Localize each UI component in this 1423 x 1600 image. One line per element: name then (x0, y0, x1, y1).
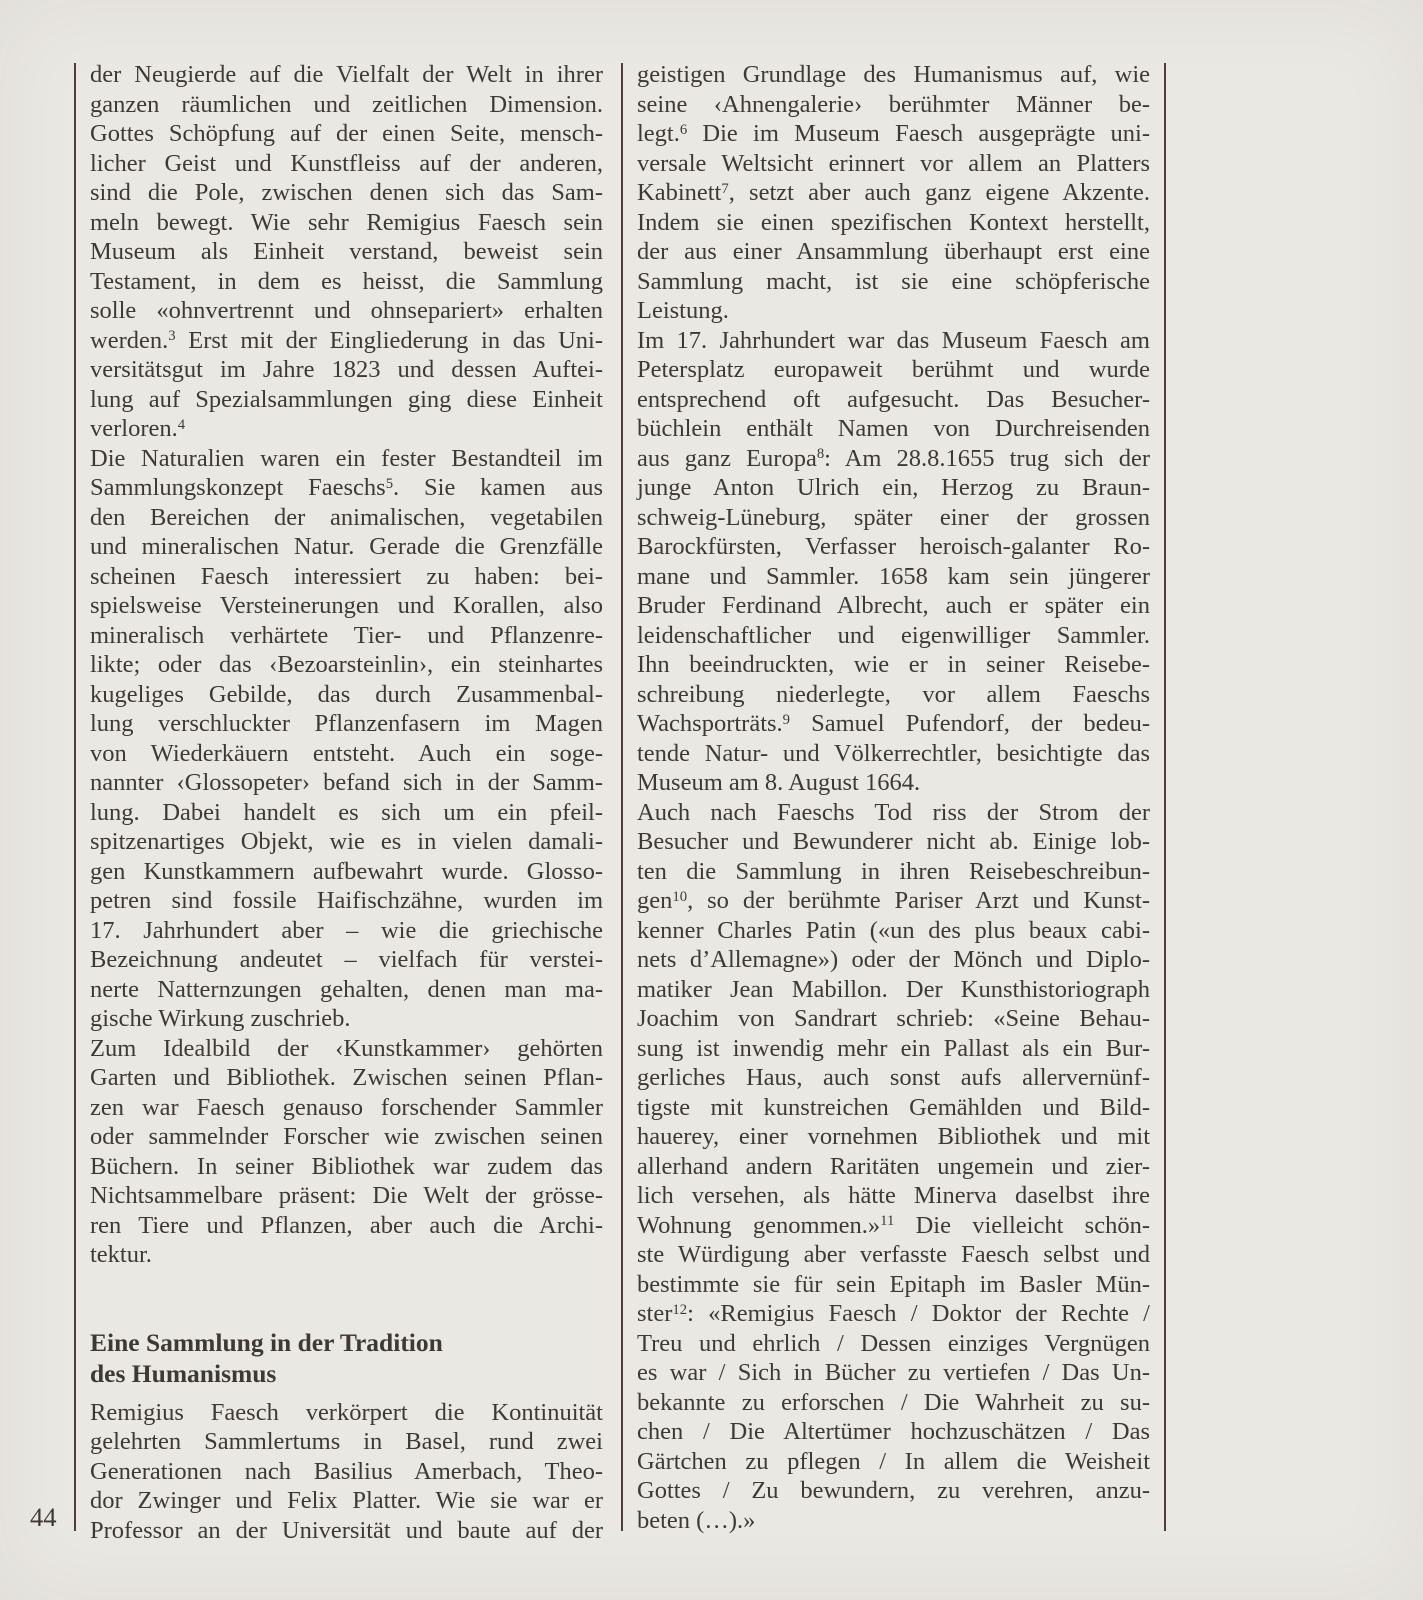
text-line: versitätsgut im Jahre 1823 und dessen Au… (90, 355, 603, 385)
text-line: es war / Sich in Bücher zu vertiefen / D… (637, 1358, 1150, 1388)
text-line: Ihn beeindruckten, wie er in seiner Reis… (637, 650, 1150, 680)
text-line: Leistung. (637, 296, 1150, 326)
text-line: licher Geist und Kunstfleiss auf der and… (90, 149, 603, 179)
column-divider-rule (621, 63, 623, 1531)
text-line: Generationen nach Basilius Amerbach, The… (90, 1457, 603, 1487)
text-line: beten (…).» (637, 1506, 1150, 1536)
heading-line: Eine Sammlung in der Tradition (90, 1327, 603, 1358)
text-line: spitzenartiges Objekt, wie es in vielen … (90, 827, 603, 857)
text-line: legt.6 Die im Museum Faesch ausgeprägte … (637, 119, 1150, 149)
paragraph: geistigen Grundlage des Humanismus auf, … (637, 60, 1150, 326)
text-line: Büchern. In seiner Bibliothek war zudem … (90, 1152, 603, 1182)
text-line: oder sammelnder Forscher wie zwischen se… (90, 1122, 603, 1152)
text-line: der aus einer Ansammlung überhaupt erst … (637, 237, 1150, 267)
text-line: solle «ohnvertrennt und ohnsepariert» er… (90, 296, 603, 326)
text-line: Wohnung genommen.»11 Die vielleicht schö… (637, 1211, 1150, 1241)
text-line: gen10, so der berühmte Pariser Arzt und … (637, 886, 1150, 916)
text-line: hauerey, einer vornehmen Bibliothek und … (637, 1122, 1150, 1152)
text-line: lung auf Spezialsammlungen ging diese Ei… (90, 385, 603, 415)
text-line: aus ganz Europa8: Am 28.8.1655 trug sich… (637, 444, 1150, 474)
text-line: Auch nach Faeschs Tod riss der Strom der (637, 798, 1150, 828)
footnote-reference: 11 (880, 1213, 894, 1229)
footnote-reference: 6 (680, 122, 687, 138)
section-heading: Eine Sammlung in der Traditiondes Humani… (90, 1327, 603, 1389)
text-line: mineralisch verhärtete Tier- und Pflanze… (90, 621, 603, 651)
footnote-reference: 4 (178, 417, 185, 433)
text-line: Nichtsammelbare präsent: Die Welt der gr… (90, 1181, 603, 1211)
heading-line: des Humanismus (90, 1358, 603, 1389)
text-line: Indem sie einen spezifischen Kontext her… (637, 208, 1150, 238)
text-line: bestimmte sie für sein Epitaph im Basler… (637, 1270, 1150, 1300)
text-line: Petersplatz europaweit berühmt und wurde (637, 355, 1150, 385)
paragraph: Remigius Faesch verkörpert die Kontinuit… (90, 1398, 603, 1546)
text-line: matiker Jean Mabillon. Der Kunsthistorio… (637, 975, 1150, 1005)
text-line: nerte Natternzungen gehalten, denen man … (90, 975, 603, 1005)
text-line: leidenschaftlicher und eigenwilliger Sam… (637, 621, 1150, 651)
text-line: gische Wirkung zuschrieb. (90, 1004, 603, 1034)
text-line: Garten und Bibliothek. Zwischen seinen P… (90, 1063, 603, 1093)
text-line: lich versehen, als hätte Minerva daselbs… (637, 1181, 1150, 1211)
text-line: meln bewegt. Wie sehr Remigius Faesch se… (90, 208, 603, 238)
text-line: Treu und ehrlich / Dessen einziges Vergn… (637, 1329, 1150, 1359)
text-line: nannter ‹Glossopeter› befand sich in der… (90, 768, 603, 798)
paragraph: Im 17. Jahrhundert war das Museum Faesch… (637, 326, 1150, 798)
text-line: ren Tiere und Pflanzen, aber auch die Ar… (90, 1211, 603, 1241)
text-line: Kabinett7, setzt aber auch ganz eigene A… (637, 178, 1150, 208)
text-line: den Bereichen der animalischen, vegetabi… (90, 503, 603, 533)
text-line: Sammlungskonzept Faeschs5. Sie kamen aus (90, 473, 603, 503)
footnote-reference: 7 (721, 181, 728, 197)
text-line: Gottes / Zu bewundern, zu verehren, anzu… (637, 1476, 1150, 1506)
text-line: Remigius Faesch verkörpert die Kontinuit… (90, 1398, 603, 1428)
text-line: ste Würdigung aber verfasste Faesch selb… (637, 1240, 1150, 1270)
text-line: schreibung niederlegte, vor allem Faesch… (637, 680, 1150, 710)
scanned-book-page: 44 der Neugierde auf die Vielfalt der We… (0, 0, 1423, 1600)
paragraph: Auch nach Faeschs Tod riss der Strom der… (637, 798, 1150, 1536)
footnote-reference: 12 (672, 1302, 687, 1318)
right-margin-rule (1164, 63, 1166, 1531)
text-line: ten die Sammlung in ihren Reisebeschreib… (637, 857, 1150, 887)
text-line: Besucher und Bewunderer nicht ab. Einige… (637, 827, 1150, 857)
text-line: gen Kunstkammern aufbewahrt wurde. Gloss… (90, 857, 603, 887)
text-line: gerliches Haus, auch sonst aufs allerver… (637, 1063, 1150, 1093)
text-line: tigste mit kunstreichen Gemählden und Bi… (637, 1093, 1150, 1123)
text-line: geistigen Grundlage des Humanismus auf, … (637, 60, 1150, 90)
text-line: lung verschluckter Pflanzenfasern im Mag… (90, 709, 603, 739)
text-line: spielsweise Versteinerungen und Korallen… (90, 591, 603, 621)
text-line: tende Natur- und Völkerrechtler, besicht… (637, 739, 1150, 769)
text-line: schweig-Lüneburg, später einer der gross… (637, 503, 1150, 533)
text-line: tektur. (90, 1240, 603, 1270)
paragraph: der Neugierde auf die Vielfalt der Welt … (90, 60, 603, 444)
text-line: 17. Jahrhundert aber – wie die griechisc… (90, 916, 603, 946)
text-line: werden.3 Erst mit der Eingliederung in d… (90, 326, 603, 356)
text-line: nets d’Allemagne») oder der Mönch und Di… (637, 945, 1150, 975)
text-line: der Neugierde auf die Vielfalt der Welt … (90, 60, 603, 90)
text-line: Bruder Ferdinand Albrecht, auch er späte… (637, 591, 1150, 621)
text-line: mane und Sammler. 1658 kam sein jüngerer (637, 562, 1150, 592)
page-number: 44 (30, 1502, 57, 1533)
left-margin-rule (74, 63, 76, 1531)
text-line: ganzen räumlichen und zeitlichen Dimensi… (90, 90, 603, 120)
text-line: sind die Pole, zwischen denen sich das S… (90, 178, 603, 208)
text-line: büchlein enthält Namen von Durchreisende… (637, 414, 1150, 444)
text-line: Joachim von Sandrart schrieb: «Seine Beh… (637, 1004, 1150, 1034)
paragraph: Die Naturalien waren ein fester Bestandt… (90, 444, 603, 1034)
footnote-reference: 10 (672, 889, 687, 905)
text-line: zen war Faesch genauso forschender Samml… (90, 1093, 603, 1123)
text-line: Professor an der Universität und baute a… (90, 1516, 603, 1546)
text-line: Im 17. Jahrhundert war das Museum Faesch… (637, 326, 1150, 356)
text-line: likte; oder das ‹Bezoarsteinlin›, ein st… (90, 650, 603, 680)
text-line: seine ‹Ahnengalerie› berühmter Männer be… (637, 90, 1150, 120)
text-column-right: geistigen Grundlage des Humanismus auf, … (637, 60, 1150, 1535)
text-line: sung ist inwendig mehr ein Pallast als e… (637, 1034, 1150, 1064)
text-line: Barockfürsten, Verfasser heroisch-galant… (637, 532, 1150, 562)
text-line: und mineralischen Natur. Gerade die Gren… (90, 532, 603, 562)
text-line: junge Anton Ulrich ein, Herzog zu Braun- (637, 473, 1150, 503)
text-line: Sammlung macht, ist sie eine schöpferisc… (637, 267, 1150, 297)
text-line: petren sind fossile Haifischzähne, wurde… (90, 886, 603, 916)
text-line: Museum am 8. August 1664. (637, 768, 1150, 798)
text-line: bekannte zu erforschen / Die Wahrheit zu… (637, 1388, 1150, 1418)
text-line: allerhand andern Raritäten ungemein und … (637, 1152, 1150, 1182)
footnote-reference: 3 (168, 328, 175, 344)
text-line: Wachsporträts.9 Samuel Pufendorf, der be… (637, 709, 1150, 739)
text-line: chen / Die Altertümer hochzuschätzen / D… (637, 1417, 1150, 1447)
text-line: Bezeichnung andeutet – vielfach für vers… (90, 945, 603, 975)
text-line: Testament, in dem es heisst, die Sammlun… (90, 267, 603, 297)
text-line: kugeliges Gebilde, das durch Zusammenbal… (90, 680, 603, 710)
text-line: gelehrten Sammlertums in Basel, rund zwe… (90, 1427, 603, 1457)
text-line: lung. Dabei handelt es sich um ein pfeil… (90, 798, 603, 828)
text-column-left: der Neugierde auf die Vielfalt der Welt … (90, 60, 603, 1545)
text-line: Gottes Schöpfung auf der einen Seite, me… (90, 119, 603, 149)
footnote-reference: 5 (386, 476, 393, 492)
text-line: von Wiederkäuern entsteht. Auch ein soge… (90, 739, 603, 769)
text-line: versale Weltsicht erinnert vor allem an … (637, 149, 1150, 179)
text-line: Museum als Einheit verstand, beweist sei… (90, 237, 603, 267)
text-line: verloren.4 (90, 414, 603, 444)
text-line: dor Zwinger und Felix Platter. Wie sie w… (90, 1486, 603, 1516)
footnote-reference: 9 (783, 712, 790, 728)
text-line: scheinen Faesch interessiert zu haben: b… (90, 562, 603, 592)
text-line: entsprechend oft aufgesucht. Das Besuche… (637, 385, 1150, 415)
text-line: Zum Idealbild der ‹Kunstkammer› gehörten (90, 1034, 603, 1064)
footnote-reference: 8 (817, 446, 824, 462)
paragraph: Zum Idealbild der ‹Kunstkammer› gehörten… (90, 1034, 603, 1270)
text-line: ster12: «Remigius Faesch / Doktor der Re… (637, 1299, 1150, 1329)
text-line: Gärtchen zu pflegen / In allem die Weish… (637, 1447, 1150, 1477)
text-line: kenner Charles Patin («un des plus beaux… (637, 916, 1150, 946)
text-line: Die Naturalien waren ein fester Bestandt… (90, 444, 603, 474)
